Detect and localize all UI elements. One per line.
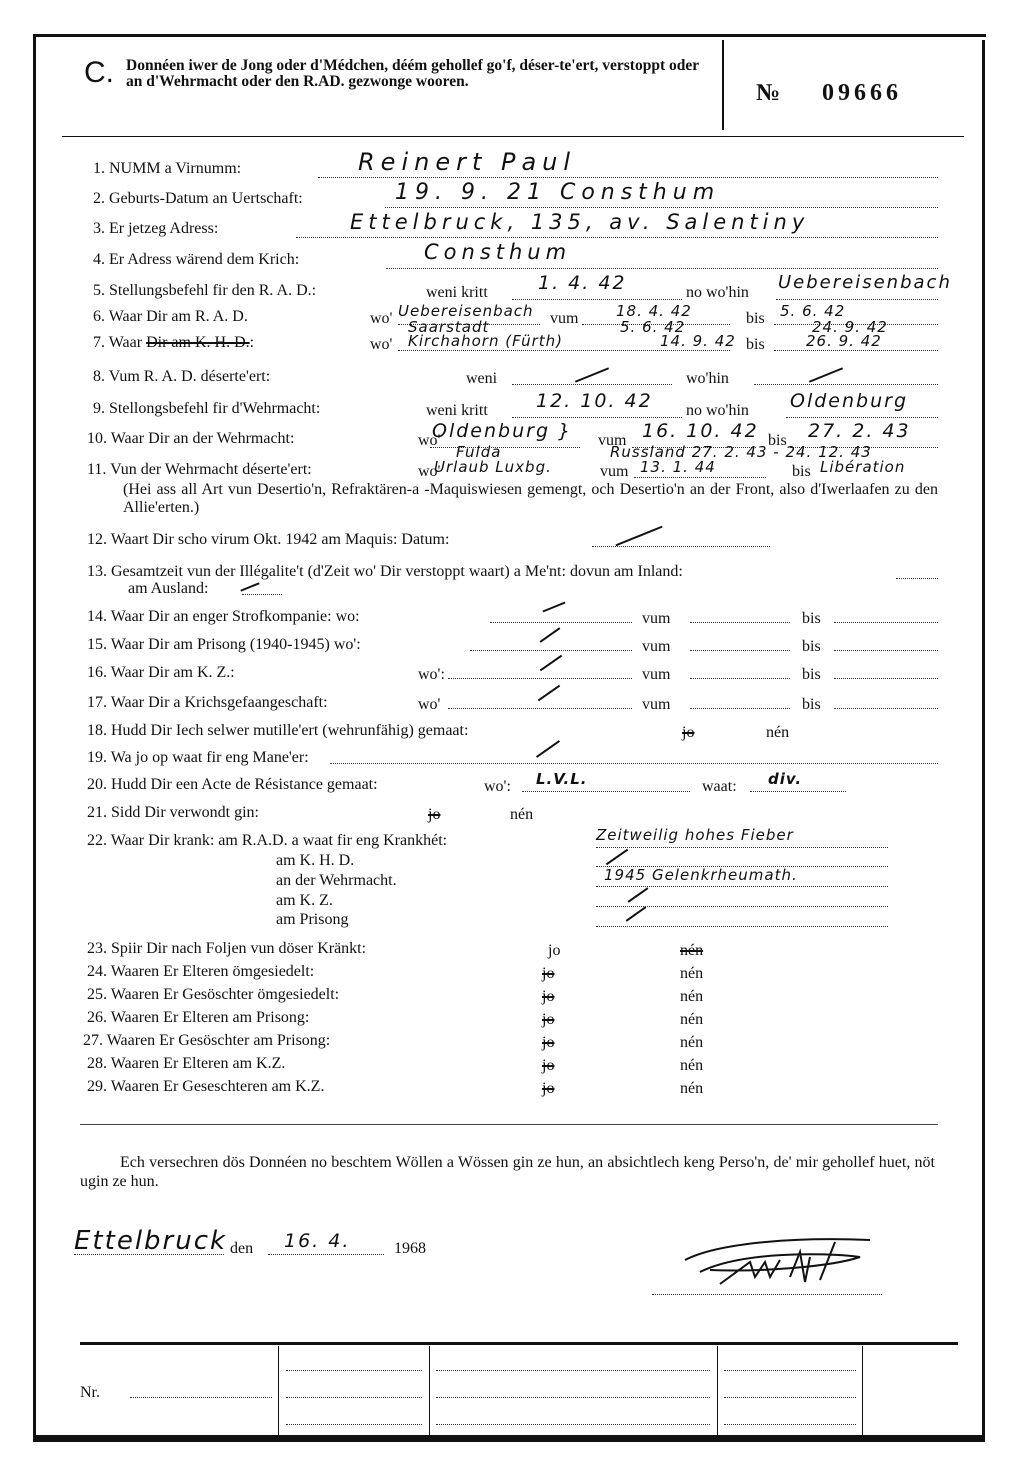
field-22-kz-dash bbox=[628, 887, 649, 902]
field-14-bis-line bbox=[834, 622, 938, 623]
field-18-label: Hudd Dir Iech selwer mutille'ert (wehrun… bbox=[111, 722, 468, 739]
document-number: 09666 bbox=[822, 80, 902, 107]
field-17-vum-label: vum bbox=[642, 696, 670, 714]
field-15-bis-line bbox=[834, 650, 938, 651]
field-4-label: Er Adress wärend dem Krich: bbox=[109, 251, 299, 268]
field-16-bis-label: bis bbox=[802, 666, 821, 684]
footer-bottom-rule bbox=[33, 1435, 985, 1439]
field-11-note: (Hei ass all Art vun Desertio'n, Refrakt… bbox=[123, 481, 938, 517]
field-16-vum-line bbox=[690, 678, 790, 679]
field-16-wo-label: wo': bbox=[418, 666, 445, 684]
field-24-jo-option[interactable]: jo bbox=[542, 965, 554, 983]
field-16-bis-line bbox=[834, 678, 938, 679]
header-underline bbox=[62, 136, 964, 137]
field-15-dash bbox=[540, 627, 561, 642]
field-22-sub-khd: am K. H. D. bbox=[276, 852, 354, 870]
field-14-bis-label: bis bbox=[802, 610, 821, 628]
field-9-weni-value: 12. 10. 42 bbox=[536, 390, 653, 412]
field-23-nen-option[interactable]: nén bbox=[680, 942, 703, 960]
footer-top-rule bbox=[80, 1342, 958, 1345]
field-22-line-5 bbox=[596, 926, 888, 927]
field-14-vum-label: vum bbox=[642, 610, 670, 628]
field-28-jo-option[interactable]: jo bbox=[542, 1057, 554, 1075]
footer-c4-line-3 bbox=[724, 1424, 856, 1425]
field-21-nen-option[interactable]: nén bbox=[510, 806, 533, 824]
field-14-wo-line bbox=[490, 622, 632, 623]
field-5-wohin-line bbox=[776, 299, 938, 300]
field-7: 7. Waar Dir am K. H. D.: bbox=[93, 334, 254, 352]
field-16-vum-label: vum bbox=[642, 666, 670, 684]
footer-c4-line-1 bbox=[724, 1370, 856, 1371]
field-8-weni-label: weni bbox=[466, 370, 497, 388]
field-17-wo-line bbox=[448, 708, 632, 709]
field-3-label: Er jetzeg Adress: bbox=[109, 220, 218, 237]
field-17-bis-line bbox=[834, 708, 938, 709]
field-14-vum-line bbox=[690, 622, 790, 623]
field-5-wohin-value: Uebereisenbach bbox=[778, 272, 952, 293]
field-13-label: Gesamtzeit vun der Illégalite't (d'Zeit … bbox=[111, 563, 683, 580]
field-18-jo-option[interactable]: jo bbox=[682, 724, 694, 742]
field-3-line bbox=[296, 237, 938, 238]
field-9-weni-label: weni kritt bbox=[426, 402, 488, 420]
declaration-divider bbox=[80, 1124, 938, 1125]
footer-col-1 bbox=[278, 1346, 279, 1436]
field-10: 10. Waar Dir an der Wehrmacht: bbox=[87, 430, 294, 448]
field-22-line-3 bbox=[596, 886, 888, 887]
field-11-vum-line bbox=[634, 477, 766, 478]
signature-date-line bbox=[268, 1254, 384, 1255]
field-9-wohin-label: no wo'hin bbox=[686, 402, 749, 420]
field-13: 13. Gesamtzeit vun der Illégalite't (d'Z… bbox=[87, 563, 683, 581]
field-25-jo-option[interactable]: jo bbox=[542, 988, 554, 1006]
field-22-prisong-dash bbox=[626, 906, 647, 921]
field-26-jo-option[interactable]: jo bbox=[542, 1011, 554, 1029]
field-15-bis-label: bis bbox=[802, 638, 821, 656]
field-1-value: Reinert Paul bbox=[358, 148, 576, 176]
field-3: 3. Er jetzeg Adress: bbox=[93, 220, 218, 238]
field-25-nen-option[interactable]: nén bbox=[680, 988, 703, 1006]
signature-scribble-icon bbox=[680, 1232, 880, 1292]
field-13-ausland-dash bbox=[240, 582, 259, 591]
field-17-wo-label: wo' bbox=[418, 696, 440, 714]
field-12-dash bbox=[615, 526, 662, 547]
field-23-label: Spiir Dir nach Foljen vun döser Kränkt: bbox=[111, 940, 366, 957]
field-20-waat-label: waat: bbox=[702, 778, 737, 796]
field-22-rad-value: Zeitweilig hohes Fieber bbox=[596, 826, 794, 844]
field-15-vum-line bbox=[690, 650, 790, 651]
signature-date: 16. 4. bbox=[284, 1230, 350, 1252]
signature-place-line bbox=[74, 1254, 224, 1255]
footer-nr-label: Nr. bbox=[80, 1384, 100, 1402]
footer-c2-line-3 bbox=[286, 1424, 422, 1425]
field-20-waat-value: div. bbox=[768, 770, 802, 788]
signature bbox=[680, 1232, 880, 1292]
field-27-label: Waaren Er Gesöschter am Prisong: bbox=[107, 1032, 331, 1049]
field-8-weni-line bbox=[512, 384, 672, 385]
field-26: 26. Waaren Er Elteren am Prisong: bbox=[87, 1009, 309, 1027]
field-4-line bbox=[386, 268, 938, 269]
field-27-nen-option[interactable]: nén bbox=[680, 1034, 703, 1052]
field-22-khd-dash bbox=[606, 849, 628, 866]
field-24-label: Waaren Er Elteren ömgesiedelt: bbox=[111, 963, 315, 980]
footer-c3-line-2 bbox=[436, 1397, 710, 1398]
field-27-jo-option[interactable]: jo bbox=[542, 1034, 554, 1052]
field-8-label: Vum R. A. D. déserte'ert: bbox=[109, 368, 270, 385]
field-17: 17. Waar Dir a Krichsgefaangeschaft: bbox=[87, 694, 328, 712]
field-22-line-4 bbox=[596, 906, 888, 907]
field-18-nen-option[interactable]: nén bbox=[766, 724, 789, 742]
field-16-wo-line bbox=[448, 678, 632, 679]
field-22-sub-prisong: am Prisong bbox=[276, 911, 348, 929]
field-22-sub-kz: am K. Z. bbox=[276, 892, 333, 910]
field-16-dash bbox=[540, 655, 562, 672]
field-29-nen-option[interactable]: nén bbox=[680, 1080, 703, 1098]
field-12-line bbox=[592, 546, 770, 547]
field-6-bis-label: bis bbox=[746, 310, 765, 328]
field-7-vum-value: 14. 9. 42 bbox=[660, 332, 736, 350]
field-12: 12. Waart Dir scho virum Okt. 1942 am Ma… bbox=[87, 531, 449, 549]
field-19: 19. Wa jo op waat fir eng Mane'er: bbox=[87, 749, 309, 767]
field-29-jo-option[interactable]: jo bbox=[542, 1080, 554, 1098]
field-26-label: Waaren Er Elteren am Prisong: bbox=[111, 1009, 310, 1026]
field-2-line bbox=[385, 207, 938, 208]
field-13-ausland-line bbox=[242, 594, 282, 595]
field-1-label: NUMM a Virnumm: bbox=[109, 160, 241, 177]
field-11-bis-value: Libération bbox=[820, 458, 905, 476]
footer-c2-line-1 bbox=[286, 1370, 422, 1371]
field-2-label: Geburts-Datum an Uertschaft: bbox=[109, 190, 303, 207]
field-15: 15. Waar Dir am Prisong (1940-1945) wo': bbox=[87, 636, 361, 654]
field-23: 23. Spiir Dir nach Foljen vun döser Krän… bbox=[87, 940, 366, 958]
footer-nr-line bbox=[130, 1397, 272, 1398]
field-28-label: Waaren Er Elteren am K.Z. bbox=[111, 1055, 286, 1072]
field-15-wo-line bbox=[470, 650, 632, 651]
field-6-wo-label: wo' bbox=[370, 310, 392, 328]
field-15-vum-label: vum bbox=[642, 638, 670, 656]
declaration-text: Ech versechren dös Donnéen no beschtem W… bbox=[80, 1153, 935, 1191]
field-12-datum-label: Datum: bbox=[401, 531, 449, 548]
field-5-label: Stellungsbefehl fir den R. A. D.: bbox=[109, 282, 316, 299]
field-7-wo-label: wo' bbox=[370, 336, 392, 354]
section-letter: C. bbox=[84, 56, 114, 90]
field-5: 5. Stellungsbefehl fir den R. A. D.: bbox=[93, 282, 316, 300]
footer-col-2 bbox=[429, 1346, 430, 1436]
field-14-dash bbox=[542, 602, 565, 613]
field-9-wohin-line bbox=[786, 417, 938, 418]
field-16-label: Waar Dir am K. Z.: bbox=[111, 664, 235, 681]
field-11-vum-value: 13. 1. 44 bbox=[640, 458, 716, 476]
document-number-symbol: № bbox=[756, 80, 784, 107]
field-27: 27. Waaren Er Gesöschter am Prisong: bbox=[83, 1032, 330, 1050]
field-19-line bbox=[330, 763, 938, 764]
field-25-label: Waaren Er Gesöschter ömgesiedelt: bbox=[111, 986, 339, 1003]
field-11-vum-label: vum bbox=[600, 463, 628, 481]
questionnaire-page: C. Donnéen iwer de Jong oder d'Médchen, … bbox=[0, 0, 1023, 1464]
footer-col-4 bbox=[862, 1346, 863, 1436]
field-17-dash bbox=[538, 685, 560, 702]
field-8-wohin-dash bbox=[809, 367, 843, 382]
signature-place: Ettelbruck bbox=[74, 1226, 227, 1256]
signature-year: 1968 bbox=[394, 1240, 426, 1258]
field-22: 22. Waar Dir krank: am R.A.D. a waat fir… bbox=[87, 832, 447, 850]
field-24: 24. Waaren Er Elteren ömgesiedelt: bbox=[87, 963, 314, 981]
field-13-ausland-label: am Ausland: bbox=[128, 580, 208, 598]
field-8-wohin-line bbox=[754, 384, 938, 385]
field-9-wohin-value: Oldenburg bbox=[790, 390, 908, 412]
field-25: 25. Waaren Er Gesöschter ömgesiedelt: bbox=[87, 986, 339, 1004]
field-28-nen-option[interactable]: nén bbox=[680, 1057, 703, 1075]
field-8-wohin-label: wo'hin bbox=[686, 370, 729, 388]
field-11: 11. Vun der Wehrmacht déserte'ert: bbox=[87, 461, 312, 479]
field-14: 14. Waar Dir an enger Strofkompanie: wo: bbox=[87, 608, 360, 626]
signature-den-label: den bbox=[230, 1240, 253, 1258]
field-4: 4. Er Adress wärend dem Krich: bbox=[93, 251, 299, 269]
field-22-sub-wehrmacht: an der Wehrmacht. bbox=[276, 872, 397, 890]
field-17-vum-line bbox=[690, 708, 790, 709]
field-9: 9. Stellongsbefehl fir d'Wehrmacht: bbox=[93, 400, 320, 418]
field-7-bis-label: bis bbox=[746, 336, 765, 354]
field-7-wo-value: Kirchahorn (Fürth) bbox=[408, 332, 563, 350]
field-7-wo-line bbox=[398, 350, 730, 351]
field-29: 29. Waaren Er Geseschteren am K.Z. bbox=[87, 1078, 324, 1096]
footer-col-3 bbox=[717, 1346, 718, 1436]
field-20-waat-line bbox=[750, 791, 846, 792]
field-5-wohin-label: no wo'hin bbox=[686, 284, 749, 302]
field-15-label: Waar Dir am Prisong (1940-1945) bbox=[111, 636, 330, 653]
field-10-vum-value: 16. 10. 42 bbox=[642, 420, 759, 442]
field-12-label: Waart Dir scho virum Okt. 1942 am Maquis… bbox=[111, 531, 398, 548]
header-divider bbox=[722, 40, 724, 130]
field-11-label: Vun der Wehrmacht déserte'ert: bbox=[110, 461, 312, 478]
field-18: 18. Hudd Dir Iech selwer mutille'ert (we… bbox=[87, 722, 468, 740]
frame-top bbox=[33, 34, 986, 37]
field-22-line-1 bbox=[596, 847, 888, 848]
field-21-label: Sidd Dir verwondt gin: bbox=[111, 804, 259, 821]
field-9-weni-line bbox=[512, 417, 682, 418]
field-2: 2. Geburts-Datum an Uertschaft: bbox=[93, 190, 303, 208]
section-title: Donnéen iwer de Jong oder d'Médchen, déé… bbox=[126, 58, 706, 90]
field-2-value: 19. 9. 21 Consthum bbox=[395, 180, 720, 205]
field-22-wehrmacht-value: 1945 Gelenkrheumath. bbox=[604, 866, 798, 884]
field-8-weni-dash bbox=[575, 367, 609, 382]
footer-c3-line-3 bbox=[436, 1424, 710, 1425]
footer-c3-line-1 bbox=[436, 1370, 710, 1371]
field-1: 1. NUMM a Virnumm: bbox=[93, 160, 241, 178]
field-1-line bbox=[318, 177, 938, 178]
field-21: 21. Sidd Dir verwondt gin: bbox=[87, 804, 259, 822]
field-14-label: Waar Dir an enger Strofkompanie: bbox=[111, 608, 332, 625]
field-28: 28. Waaren Er Elteren am K.Z. bbox=[87, 1055, 285, 1073]
field-20-wo-value: L.V.L. bbox=[536, 770, 587, 788]
field-17-label: Waar Dir a Krichsgefaangeschaft: bbox=[111, 694, 328, 711]
field-10-label: Waar Dir an der Wehrmacht: bbox=[111, 430, 295, 447]
field-6-vum-label: vum bbox=[550, 310, 578, 328]
field-7-struck-label: Dir am K. H. D. bbox=[146, 334, 250, 351]
field-23-jo-option[interactable]: jo bbox=[548, 942, 560, 960]
field-20: 20. Hudd Dir een Acte de Résistance gema… bbox=[87, 776, 378, 794]
field-26-nen-option[interactable]: nén bbox=[680, 1011, 703, 1029]
field-24-nen-option[interactable]: nén bbox=[680, 965, 703, 983]
field-11-bis-label: bis bbox=[792, 463, 811, 481]
field-19-dash bbox=[536, 740, 560, 758]
field-11-wo-value: Urlaub Luxbg. bbox=[434, 458, 552, 476]
field-10-wo-value: Oldenburg } bbox=[432, 420, 572, 442]
field-16: 16. Waar Dir am K. Z.: bbox=[87, 664, 235, 682]
field-6-label: Waar Dir am R. A. D. bbox=[109, 308, 248, 325]
field-3-value: Ettelbruck, 135, av. Salentiny bbox=[350, 210, 809, 234]
frame-right bbox=[982, 40, 985, 1440]
field-20-wo-line bbox=[522, 791, 690, 792]
field-19-label: Wa jo op waat fir eng Mane'er: bbox=[111, 749, 309, 766]
field-13-inland-line bbox=[896, 578, 938, 579]
field-4-value: Consthum bbox=[424, 240, 571, 264]
field-10-wo-line bbox=[430, 447, 580, 448]
field-9-label: Stellongsbefehl fir d'Wehrmacht: bbox=[109, 400, 320, 417]
field-7-bis-line bbox=[774, 350, 938, 351]
footer-c4-line-2 bbox=[724, 1397, 856, 1398]
field-5-weni-line bbox=[512, 299, 682, 300]
field-17-bis-label: bis bbox=[802, 696, 821, 714]
field-7-bis-value: 26. 9. 42 bbox=[806, 332, 882, 350]
field-29-label: Waaren Er Geseschteren am K.Z. bbox=[111, 1078, 325, 1095]
field-5-weni-label: weni kritt bbox=[426, 284, 488, 302]
field-8: 8. Vum R. A. D. déserte'ert: bbox=[93, 368, 270, 386]
field-20-label: Hudd Dir een Acte de Résistance gemaat: bbox=[111, 776, 378, 793]
frame-left bbox=[33, 34, 36, 1442]
signature-line bbox=[652, 1294, 882, 1295]
field-22-label: Waar Dir krank: am R.A.D. a waat fir eng… bbox=[111, 832, 447, 849]
field-6: 6. Waar Dir am R. A. D. bbox=[93, 308, 248, 326]
field-5-weni-value: 1. 4. 42 bbox=[538, 272, 627, 294]
field-21-jo-option[interactable]: jo bbox=[428, 806, 440, 824]
field-20-wo-label: wo': bbox=[484, 778, 511, 796]
footer-c2-line-2 bbox=[286, 1397, 422, 1398]
field-10-bis-value: 27. 2. 43 bbox=[808, 420, 911, 442]
